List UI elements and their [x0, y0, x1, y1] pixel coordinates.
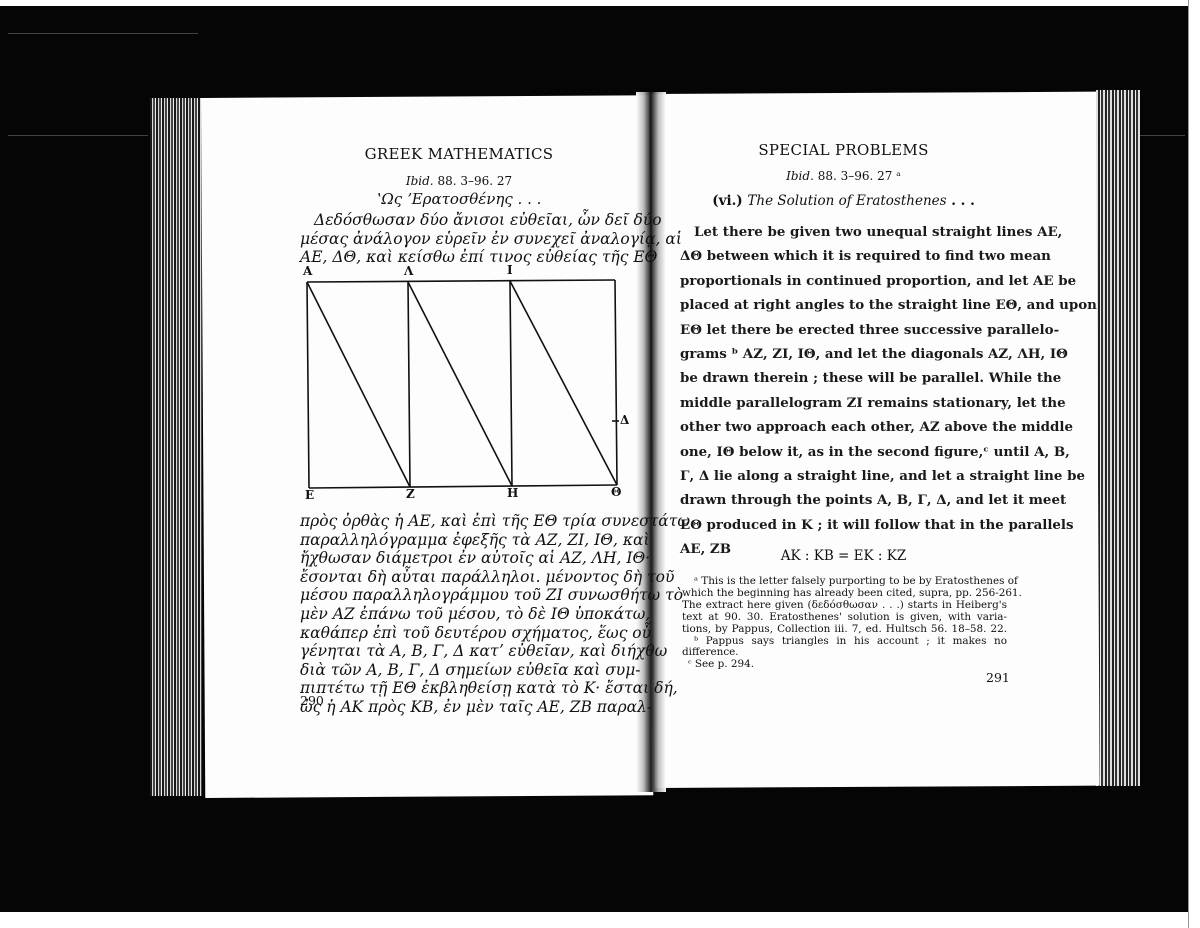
english-line: ΔΘ between which it is required to find …	[680, 244, 1007, 268]
right-running-head: SPECIAL PROBLEMS	[680, 141, 1007, 159]
scan-noise-line	[8, 33, 198, 34]
section-number: (vi.)	[712, 193, 747, 209]
english-line: grams ᵇ ΑΖ, ΖΙ, ΙΘ, and let the diagonal…	[680, 342, 1007, 366]
ibid-label: Ibid.	[786, 169, 814, 183]
point-label-alpha: Α	[303, 264, 312, 278]
footnote-line: ᶜ See p. 294.	[682, 659, 1007, 671]
greek-line: πιπτέτω τῇ ΕΘ ἐκβληθείσῃ κατὰ τὸ Κ· ἔστα…	[300, 679, 618, 698]
footnote-line: The extract here given (δεδόσθωσαν . . .…	[682, 600, 1007, 612]
english-translation: Let there be given two unequal straight …	[680, 220, 1007, 562]
left-page-number: 290	[300, 693, 324, 708]
greek-text-bottom: πρὸς ὀρθὰς ἡ ΑΕ, καὶ ἐπὶ τῆς ΕΘ τρία συν…	[300, 512, 618, 717]
english-line: middle parallelogram ΖΙ remains stationa…	[680, 391, 1007, 415]
english-line: Γ, Δ lie along a straight line, and let …	[680, 464, 1007, 488]
section-title: The Solution of Eratosthenes	[747, 193, 946, 209]
point-label-iota: Ι	[507, 263, 513, 277]
english-line: one, ΙΘ below it, as in the second figur…	[680, 440, 1007, 464]
point-label-theta: Θ	[611, 485, 621, 499]
footnote-line: tions, by Pappus, Collection iii. 7, ed.…	[682, 624, 1007, 636]
geometric-figure: Α Λ Ι Ε Ζ Η Θ Δ	[296, 266, 636, 506]
left-source-reference: Ibid. 88. 3–96. 27	[300, 174, 618, 188]
ibid-label: Ibid.	[406, 174, 434, 188]
point-label-epsilon: Ε	[305, 488, 314, 502]
greek-line: μέσας ἀνάλογον εὑρεῖν ἐν συνεχεῖ ἀναλογί…	[300, 230, 618, 249]
point-label-zeta: Ζ	[406, 487, 415, 501]
point-label-delta: Δ	[620, 413, 629, 427]
greek-line: καθάπερ ἐπὶ τοῦ δευτέρου σχήματος, ἕως ο…	[300, 624, 618, 643]
greek-line: ἔσονται δὴ αὗται παράλληλοι. μένοντος δὴ…	[300, 568, 618, 587]
right-page-edges	[1096, 90, 1140, 786]
greek-line: πρὸς ὀρθὰς ἡ ΑΕ, καὶ ἐπὶ τῆς ΕΘ τρία συν…	[300, 512, 618, 531]
greek-line: Δεδόσθωσαν δύο ἄνισοι εὐθεῖαι, ὧν δεῖ δύ…	[300, 211, 618, 230]
point-label-lambda: Λ	[404, 264, 413, 278]
section-ellipsis: . . .	[947, 193, 975, 209]
section-heading: (vi.) The Solution of Eratosthenes . . .	[680, 193, 1007, 209]
scan-noise-line	[8, 135, 148, 136]
scan-right-margin	[1188, 0, 1200, 928]
greek-line: διὰ τῶν Α, Β, Γ, Δ σημείων εὐθεῖα καὶ συ…	[300, 661, 618, 680]
greek-line: ἤχθωσαν διάμετροι ἐν αὐτοῖς αἱ ΑΖ, ΛΗ, Ι…	[300, 549, 618, 568]
english-line: Let there be given two unequal straight …	[680, 220, 1007, 244]
footnotes: ᵃ This is the letter falsely purporting …	[682, 576, 1007, 671]
left-page-edges	[150, 98, 202, 796]
right-page-number: 291	[986, 670, 1010, 685]
greek-line: μὲν ΑΖ ἐπάνω τοῦ μέσου, τὸ δὲ ΙΘ ὑποκάτω…	[300, 605, 618, 624]
left-running-head: GREEK MATHEMATICS	[300, 145, 618, 163]
greek-line: γένηται τὰ Α, Β, Γ, Δ κατʼ εὐθεῖαν, καὶ …	[300, 642, 618, 661]
english-line: drawn through the points Α, Β, Γ, Δ, and…	[680, 488, 1007, 512]
greek-line: παραλληλόγραμμα ἐφεξῆς τὰ ΑΖ, ΖΙ, ΙΘ, κα…	[300, 531, 618, 550]
english-line: ΕΘ let there be erected three successive…	[680, 318, 1007, 342]
greek-line: ΑΕ, ΔΘ, καὶ κείσθω ἐπί τινος εὐθείας τῆς…	[300, 248, 618, 267]
right-source-reference: Ibid. 88. 3–96. 27 ᵃ	[680, 169, 1007, 183]
scan-noise-line	[1135, 135, 1185, 136]
footnote-line: text at 90. 30. Eratosthenes' solution i…	[682, 612, 1007, 624]
proportion-equation: ΑΚ : ΚΒ = ΕΚ : ΚΖ	[680, 548, 1007, 564]
english-line: proportionals in continued proportion, a…	[680, 269, 1007, 293]
english-line: ΕΘ produced in Κ ; it will follow that i…	[680, 513, 1007, 537]
greek-passage-title: ʽΩς ʼΕρατοσθένης . . .	[300, 190, 618, 208]
english-line: be drawn therein ; these will be paralle…	[680, 366, 1007, 390]
parallelograms-diagram	[296, 266, 636, 506]
point-label-eta: Η	[507, 486, 518, 500]
greek-text-top: Δεδόσθωσαν δύο ἄνισοι εὐθεῖαι, ὧν δεῖ δύ…	[300, 211, 618, 267]
source-range: 88. 3–96. 27 ᵃ	[814, 169, 901, 183]
greek-line: ὡς ἡ ΑΚ πρὸς ΚΒ, ἐν μὲν ταῖς ΑΕ, ΖΒ παρα…	[300, 698, 618, 717]
greek-line: μέσου παραλληλογράμμου τοῦ ΖΙ συνωσθήτω …	[300, 586, 618, 605]
english-line: placed at right angles to the straight l…	[680, 293, 1007, 317]
source-range: 88. 3–96. 27	[434, 174, 513, 188]
english-line: other two approach each other, ΑΖ above …	[680, 415, 1007, 439]
